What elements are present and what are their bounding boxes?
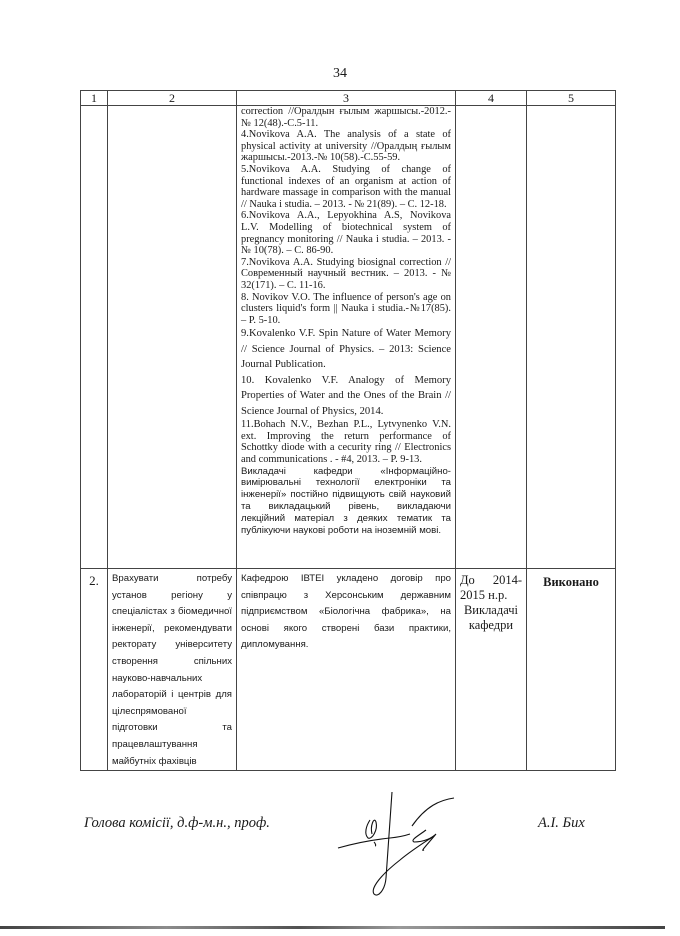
- responsible: Викладачі кафедри: [460, 603, 522, 633]
- reference-item: 5.Novikova A.A. Studying of change of fu…: [241, 164, 451, 210]
- header-cell: 5: [527, 91, 616, 106]
- reference-item: 6.Novikova A.A., Lepyokhina A.S, Novikov…: [241, 210, 451, 256]
- header-cell: 4: [456, 91, 527, 106]
- result-cell: correction //Оралдын ғылым жаршысы.-2012…: [237, 106, 456, 569]
- deadline-cell: До 2014- 2015 н.р. Викладачі кафедри: [456, 569, 527, 771]
- row-number: 2.: [81, 569, 108, 771]
- reference-item: 10. Kovalenko V.F. Analogy of Memory Pro…: [241, 373, 451, 420]
- handwritten-signature-icon: [330, 790, 470, 900]
- table-row: 2. Врахувати потребу установ регіону у с…: [81, 569, 616, 771]
- table-header-row: 1 2 3 4 5: [81, 91, 616, 106]
- deadline-cell: [456, 106, 527, 569]
- scan-edge-shadow: [0, 926, 665, 929]
- reference-item: 8. Novikov V.O. The influence of person'…: [241, 292, 451, 327]
- reference-item: correction //Оралдын ғылым жаршысы.-2012…: [241, 106, 451, 129]
- result-summary: Викладачі кафедри «Інформаційно-вимірюва…: [241, 466, 451, 537]
- signatory-name: А.І. Бих: [538, 815, 585, 832]
- signatory-title: Голова комісії, д.ф-м.н., проф.: [84, 815, 270, 832]
- deadline-start: До 2014-: [460, 573, 522, 588]
- header-cell: 2: [108, 91, 237, 106]
- table-row: correction //Оралдын ғылым жаршысы.-2012…: [81, 106, 616, 569]
- header-cell: 3: [237, 91, 456, 106]
- page-number: 34: [0, 66, 680, 82]
- task-cell: [108, 106, 237, 569]
- result-text: Кафедрою ІВТЕІ укладено договір про спів…: [237, 569, 456, 771]
- task-text: Врахувати потребу установ регіону у спец…: [108, 569, 237, 771]
- deadline-year: 2015 н.р.: [460, 588, 522, 603]
- row-number-cell: [81, 106, 108, 569]
- reference-item: 7.Novikova A.A. Studying biosignal corre…: [241, 257, 451, 292]
- report-table: 1 2 3 4 5 correction //Оралдын ғылым жар…: [80, 90, 616, 771]
- status-badge: Виконано: [527, 569, 616, 771]
- reference-item: 4.Novikova A.A. The analysis of a state …: [241, 129, 451, 164]
- status-cell: [527, 106, 616, 569]
- reference-item: 11.Bohach N.V., Bezhan P.L., Lytvynenko …: [241, 419, 451, 465]
- reference-item: 9.Kovalenko V.F. Spin Nature of Water Me…: [241, 326, 451, 373]
- header-cell: 1: [81, 91, 108, 106]
